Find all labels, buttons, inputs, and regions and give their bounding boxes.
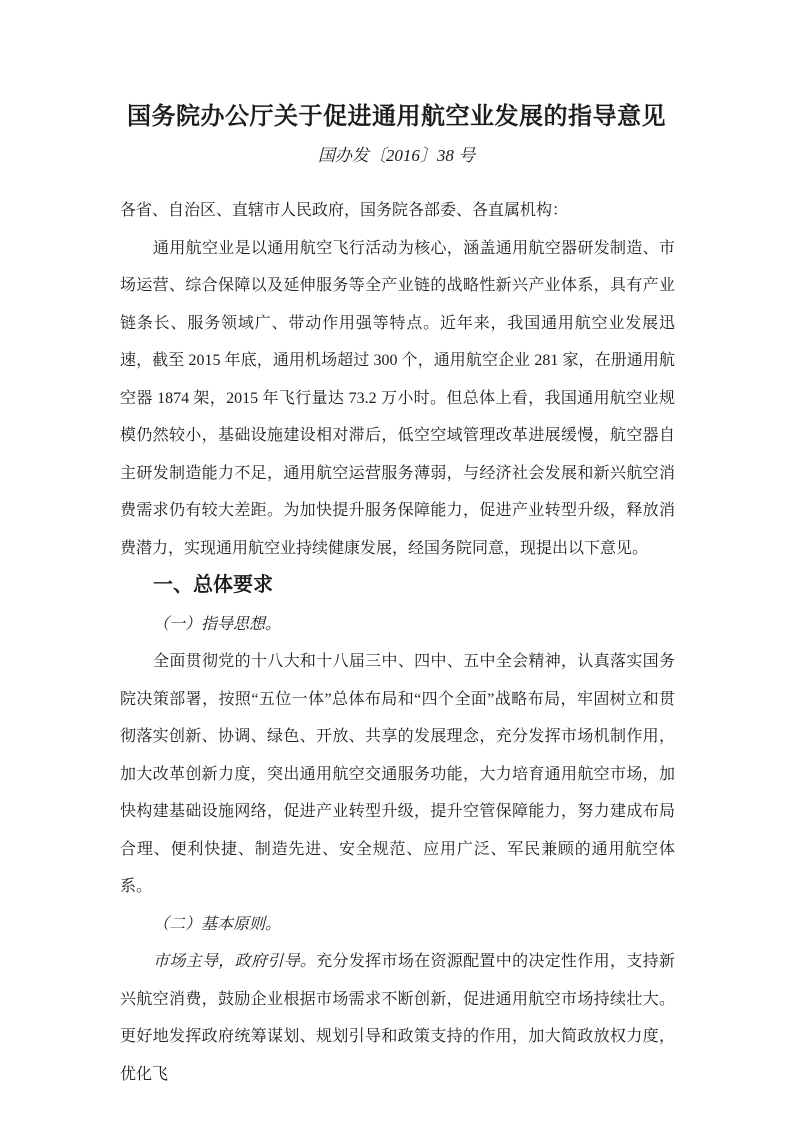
document-body: 各省、自治区、直辖市人民政府，国务院各部委、各直属机构：通用航空业是以通用航空飞…: [120, 192, 675, 1093]
document-page: 国务院办公厅关于促进通用航空业发展的指导意见 国办发〔2016〕38 号 各省、…: [0, 0, 793, 1122]
text-run-normal: 各省、自治区、直辖市人民政府，国务院各部委、各直属机构：: [120, 202, 568, 219]
page-title: 国务院办公厅关于促进通用航空业发展的指导意见: [60, 100, 733, 134]
document-number: 国办发〔2016〕38 号: [0, 144, 793, 168]
text-run-normal: 充分发挥市场在资源配置中的决定性作用，支持新兴航空消费，鼓励企业根据市场需求不断…: [120, 953, 675, 1083]
salutation: 各省、自治区、直辖市人民政府，国务院各部委、各直属机构：: [120, 192, 675, 230]
guiding-ideology-paragraph: 全面贯彻党的十八大和十八届三中、四中、五中全会精神，认真落实国务院决策部署，按照…: [120, 643, 675, 906]
section-heading-1: 一、总体要求: [120, 567, 675, 606]
text-run-heading: 一、总体要求: [153, 574, 273, 596]
text-run-kaiti: （二）基本原则。: [153, 916, 281, 933]
item-2-title: （二）基本原则。: [120, 906, 675, 944]
basic-principles-paragraph: 市场主导，政府引导。充分发挥市场在资源配置中的决定性作用，支持新兴航空消费，鼓励…: [120, 943, 675, 1093]
text-run-normal: 通用航空业是以通用航空飞行活动为核心，涵盖通用航空器研发制造、市场运营、综合保障…: [120, 240, 675, 557]
text-run-kaiti: （一）指导思想。: [153, 616, 281, 633]
text-run-normal: 全面贯彻党的十八大和十八届三中、四中、五中全会精神，认真落实国务院决策部署，按照…: [120, 653, 675, 895]
item-1-title: （一）指导思想。: [120, 606, 675, 644]
text-run-kaiti: 市场主导，政府引导。: [153, 953, 316, 970]
intro-paragraph: 通用航空业是以通用航空飞行活动为核心，涵盖通用航空器研发制造、市场运营、综合保障…: [120, 230, 675, 568]
